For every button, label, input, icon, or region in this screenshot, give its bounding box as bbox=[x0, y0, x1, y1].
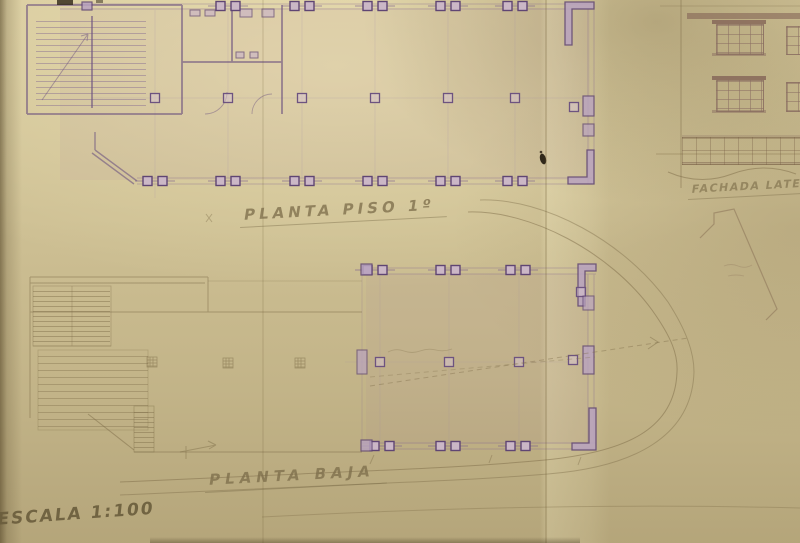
bottom-edge-shadow bbox=[150, 537, 580, 543]
fold-crease-right bbox=[545, 0, 547, 543]
upper-plan bbox=[27, 2, 594, 199]
elevation-window-upper bbox=[716, 24, 764, 55]
elevation-cornice bbox=[687, 13, 800, 19]
elevation-window-lower bbox=[716, 80, 764, 112]
elevation-window-partial-upper bbox=[786, 26, 800, 55]
lower-plan-pencil bbox=[30, 200, 800, 517]
paper-edge-notch bbox=[57, 0, 73, 5]
plan-linework bbox=[0, 0, 800, 543]
elevation-window-upper-sill bbox=[712, 53, 766, 56]
fold-crease-horizontal bbox=[656, 153, 800, 155]
elevation-window-partial-lower bbox=[786, 82, 800, 112]
elevation-window-upper-lintel bbox=[712, 20, 766, 24]
elevation-window-lower-sill bbox=[712, 110, 766, 113]
fold-crease-left bbox=[262, 0, 264, 543]
elevation-window-lower-lintel bbox=[712, 76, 766, 80]
paper-edge-notch-small bbox=[96, 0, 103, 3]
elevation-stone-base bbox=[682, 137, 800, 165]
blueprint-sheet: PLANTA PISO 1º PLANTA BAJA ESCALA 1:100 … bbox=[0, 0, 800, 543]
